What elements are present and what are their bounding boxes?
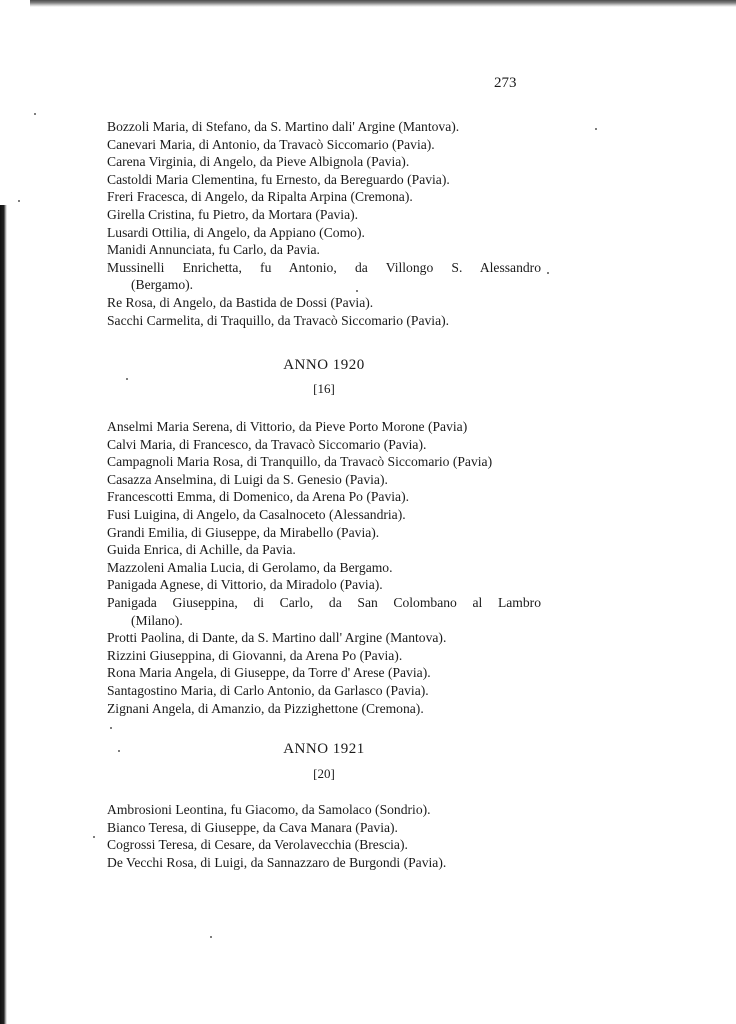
list-item-continuation: (Milano). (107, 612, 541, 630)
list-item-continuation: (Bergamo). (107, 276, 541, 294)
list-item-text: Mussinelli Enrichetta, fu Antonio, da Vi… (107, 259, 541, 277)
page-number: 273 (494, 75, 517, 92)
list-item: Bozzoli Maria, di Stefano, da S. Martino… (107, 118, 541, 136)
scan-speck (547, 272, 549, 274)
scan-speck (595, 128, 597, 130)
list-item: Lusardi Ottilia, di Angelo, da Appiano (… (107, 224, 541, 242)
list-item: Zignani Angela, di Amanzio, da Pizzighet… (107, 700, 541, 718)
entry-list-1920: Anselmi Maria Serena, di Vittorio, da Pi… (107, 418, 541, 717)
list-item: Manidi Annunciata, fu Carlo, da Pavia. (107, 241, 541, 259)
list-item: Campagnoli Maria Rosa, di Tranquillo, da… (107, 453, 541, 471)
list-item: Panigada Giuseppina, di Carlo, da San Co… (107, 594, 541, 629)
list-item: Freri Fracesca, di Angelo, da Ripalta Ar… (107, 188, 541, 206)
section-heading-1921: ANNO 1921 (107, 741, 541, 758)
list-item: Cogrossi Teresa, di Cesare, da Verolavec… (107, 836, 541, 854)
section-heading-1920: ANNO 1920 (107, 357, 541, 374)
list-item: Anselmi Maria Serena, di Vittorio, da Pi… (107, 418, 541, 436)
list-item: Carena Virginia, di Angelo, da Pieve Alb… (107, 153, 541, 171)
entry-list-1921: Ambrosioni Leontina, fu Giacomo, da Samo… (107, 801, 541, 871)
list-item: Rona Maria Angela, di Giuseppe, da Torre… (107, 664, 541, 682)
list-item: Sacchi Carmelita, di Traquillo, da Trava… (107, 312, 541, 330)
list-item: Protti Paolina, di Dante, da S. Martino … (107, 629, 541, 647)
list-item: Panigada Agnese, di Vittorio, da Miradol… (107, 576, 541, 594)
list-item: Rizzini Giuseppina, di Giovanni, da Aren… (107, 647, 541, 665)
list-item: Mazzoleni Amalia Lucia, di Gerolamo, da … (107, 559, 541, 577)
list-item: Mussinelli Enrichetta, fu Antonio, da Vi… (107, 259, 541, 294)
list-item: Bianco Teresa, di Giuseppe, da Cava Mana… (107, 819, 541, 837)
scan-speck (118, 750, 120, 752)
scan-speck (93, 836, 95, 838)
list-item: Casazza Anselmina, di Luigi da S. Genesi… (107, 471, 541, 489)
list-item: Francescotti Emma, di Domenico, da Arena… (107, 488, 541, 506)
section-count-1920: [16] (107, 381, 541, 397)
scan-speck (356, 290, 358, 292)
list-item: Castoldi Maria Clementina, fu Ernesto, d… (107, 171, 541, 189)
scan-speck (110, 727, 112, 729)
list-item: Santagostino Maria, di Carlo Antonio, da… (107, 682, 541, 700)
scan-edge-left (0, 205, 7, 1024)
list-item: Guida Enrica, di Achille, da Pavia. (107, 541, 541, 559)
scan-speck (34, 113, 36, 115)
list-item: Re Rosa, di Angelo, da Bastida de Dossi … (107, 294, 541, 312)
list-item: De Vecchi Rosa, di Luigi, da Sannazzaro … (107, 854, 541, 872)
scan-speck (18, 200, 20, 202)
list-item: Fusi Luigina, di Angelo, da Casalnoceto … (107, 506, 541, 524)
list-item: Ambrosioni Leontina, fu Giacomo, da Samo… (107, 801, 541, 819)
list-item: Grandi Emilia, di Giuseppe, da Mirabello… (107, 524, 541, 542)
list-item: Canevari Maria, di Antonio, da Travacò S… (107, 136, 541, 154)
list-item-text: Panigada Giuseppina, di Carlo, da San Co… (107, 594, 541, 612)
scan-speck (126, 378, 128, 380)
scan-speck (210, 936, 212, 938)
list-item: Girella Cristina, fu Pietro, da Mortara … (107, 206, 541, 224)
section-count-1921: [20] (107, 766, 541, 782)
entry-list-continued: Bozzoli Maria, di Stefano, da S. Martino… (107, 118, 541, 329)
list-item: Calvi Maria, di Francesco, da Travacò Si… (107, 436, 541, 454)
scan-edge-top (30, 0, 736, 7)
